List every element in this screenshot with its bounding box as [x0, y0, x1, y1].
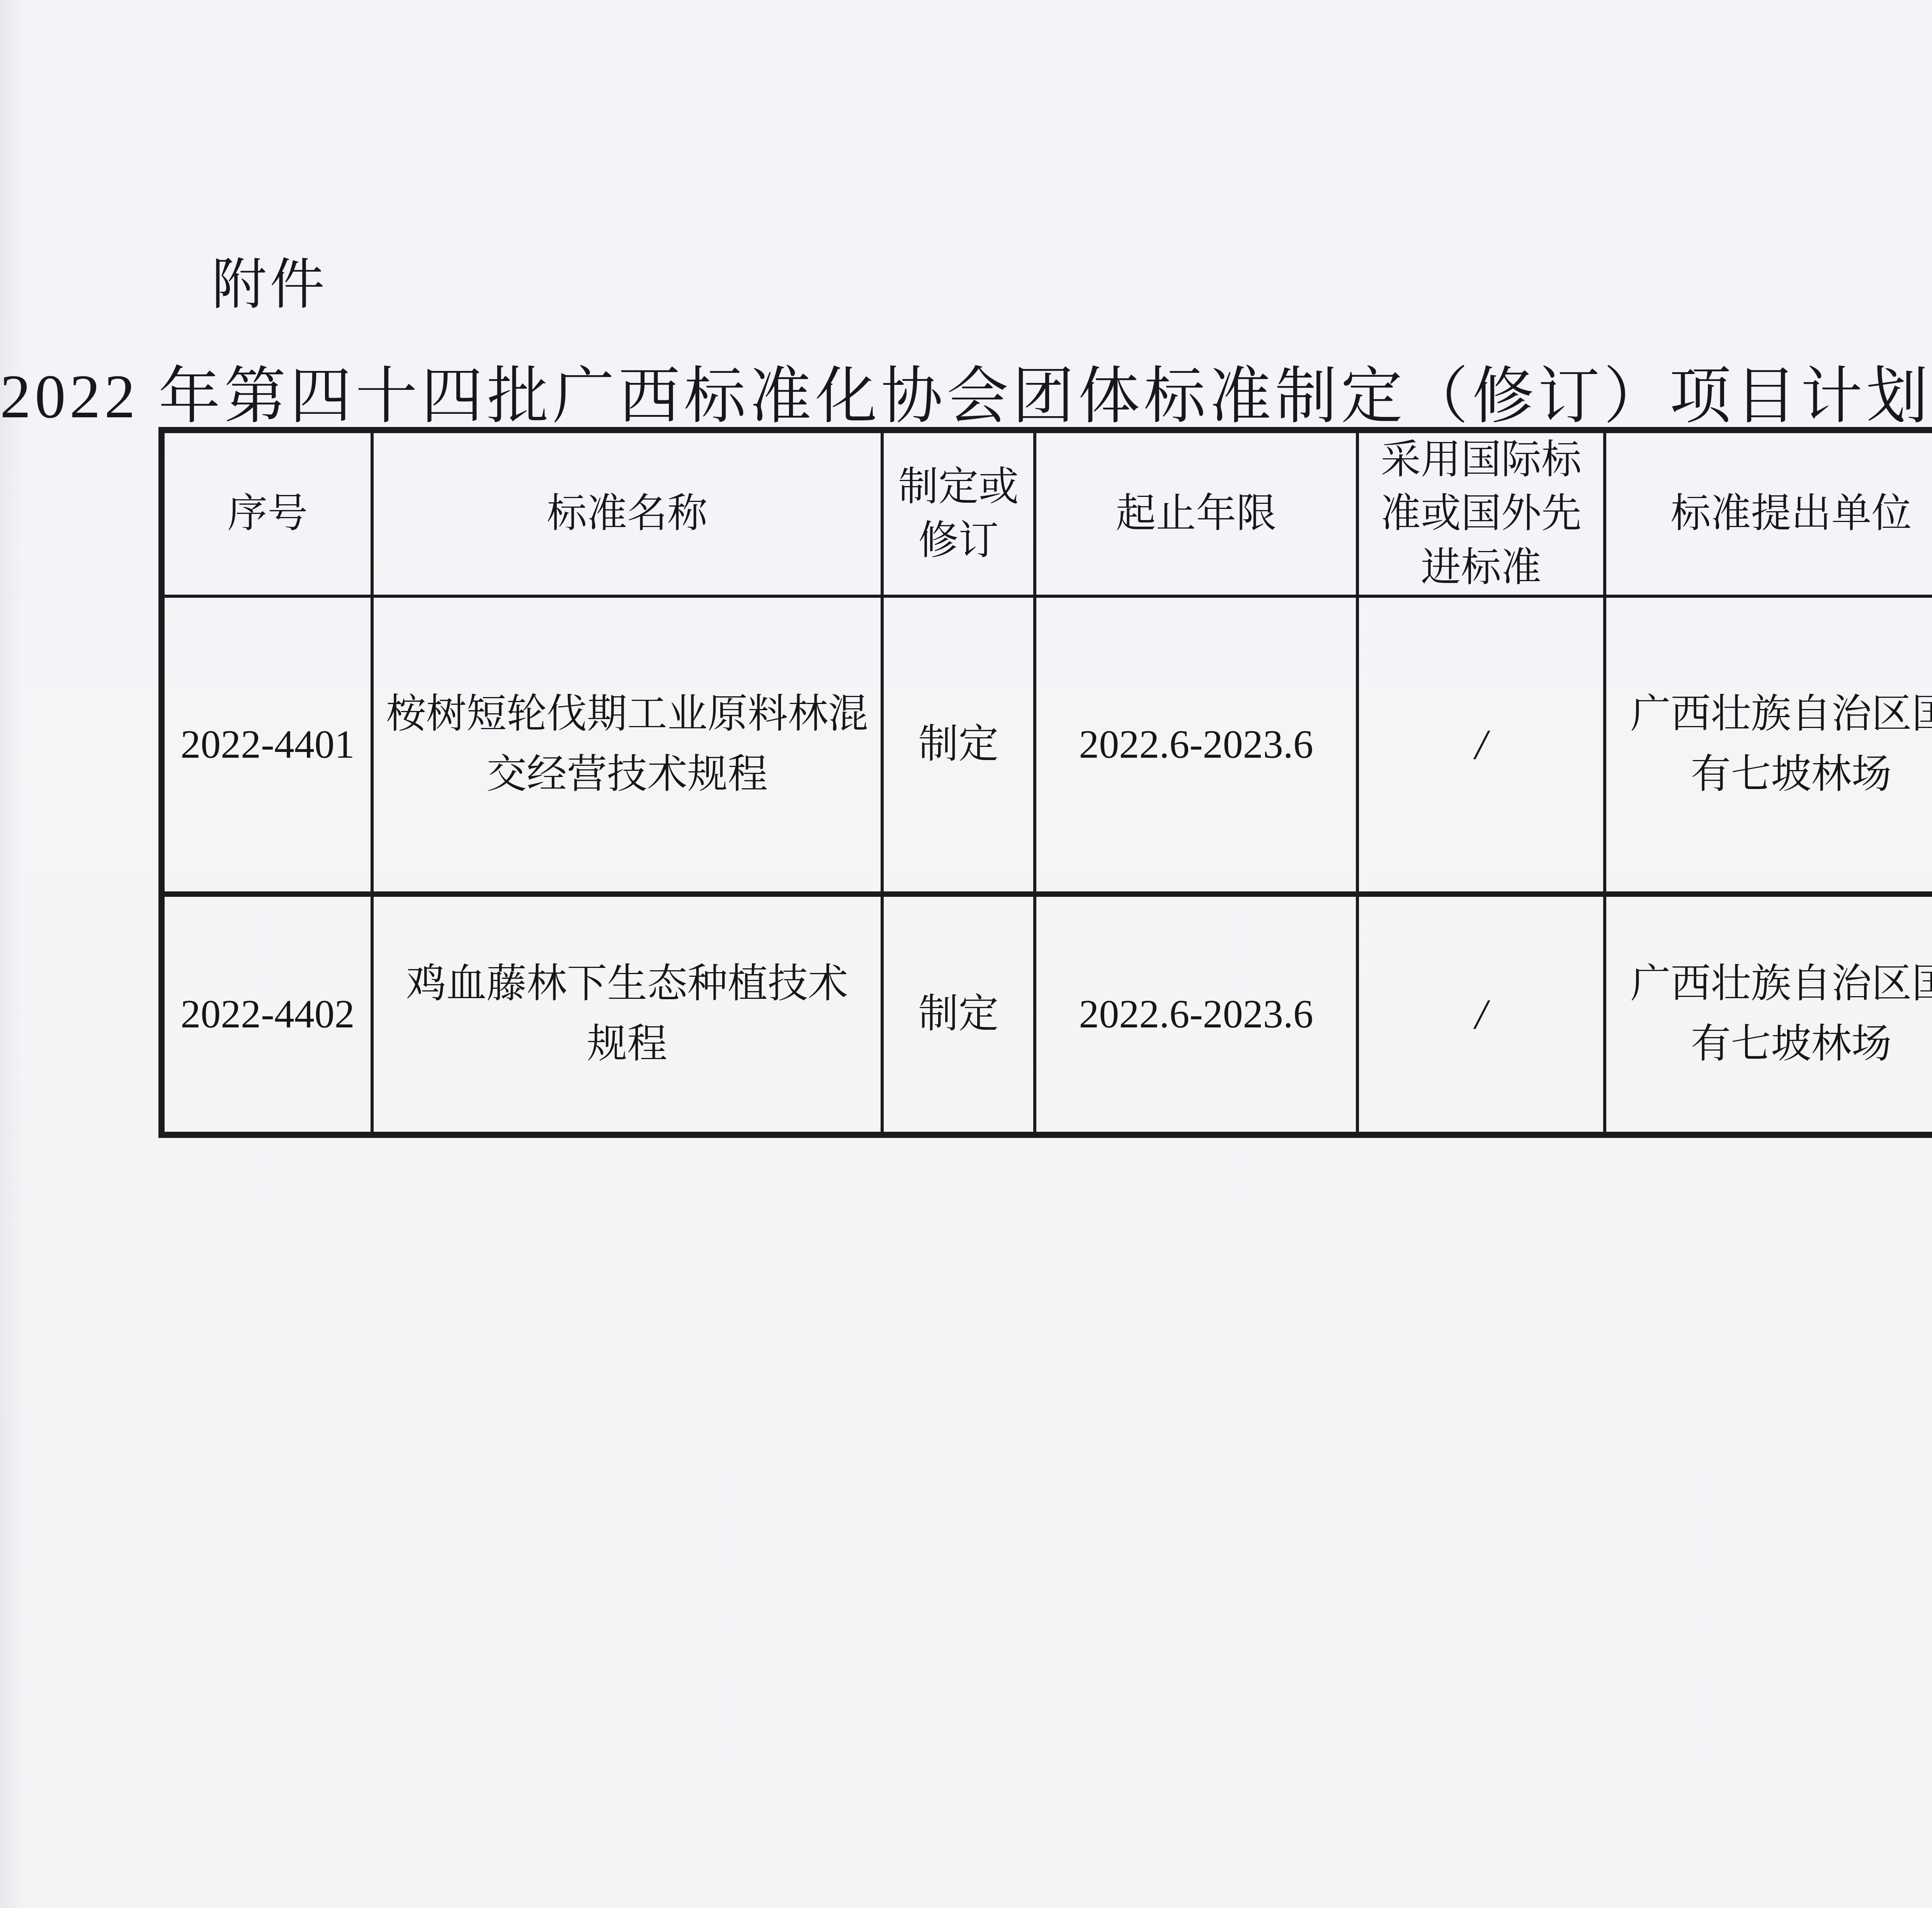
cell-duration: 2022.6-2023.6 [1035, 894, 1357, 1135]
cell-seq: 2022-4401 [162, 596, 372, 894]
cell-duration: 2022.6-2023.6 [1035, 596, 1357, 894]
cell-international-standard: / [1357, 596, 1605, 894]
col-header-formulate-or-revise: 制定或 修订 [882, 430, 1035, 596]
cell-formulate-or-revise: 制定 [882, 596, 1035, 894]
table-row: 2022-4401 桉树短轮伐期工业原料林混 交经营技术规程 制定 2022.6… [162, 596, 1932, 894]
col-header-seq: 序号 [162, 430, 372, 596]
cell-formulate-or-revise: 制定 [882, 894, 1035, 1135]
plan-summary-table: 序号 标准名称 制定或 修订 起止年限 采用国际标 准或国外先 进标准 标准提出… [158, 427, 1932, 1138]
cell-seq: 2022-4402 [162, 894, 372, 1135]
col-header-proposing-unit: 标准提出单位 [1605, 430, 1932, 596]
document-title: 2022 年第四十四批广西标准化协会团体标准制定（修订）项目计划汇总表 [0, 346, 1932, 435]
cell-proposing-unit: 广西壮族自治区国 有七坡林场 [1605, 596, 1932, 894]
table-row: 2022-4402 鸡血藤林下生态种植技术 规程 制定 2022.6-2023.… [162, 894, 1932, 1135]
cell-international-standard: / [1357, 894, 1605, 1135]
table-header-row: 序号 标准名称 制定或 修订 起止年限 采用国际标 准或国外先 进标准 标准提出… [162, 430, 1932, 596]
cell-standard-name: 鸡血藤林下生态种植技术 规程 [372, 894, 882, 1135]
col-header-duration: 起止年限 [1035, 430, 1357, 596]
attachment-label: 附件 [212, 240, 328, 319]
cell-standard-name: 桉树短轮伐期工业原料林混 交经营技术规程 [372, 596, 882, 894]
cell-proposing-unit: 广西壮族自治区国 有七坡林场 [1605, 894, 1932, 1135]
scanned-page: 附件 2022 年第四十四批广西标准化协会团体标准制定（修订）项目计划汇总表 序… [0, 0, 1932, 1908]
col-header-standard-name: 标准名称 [372, 430, 882, 596]
col-header-international-standard: 采用国际标 准或国外先 进标准 [1357, 430, 1605, 596]
